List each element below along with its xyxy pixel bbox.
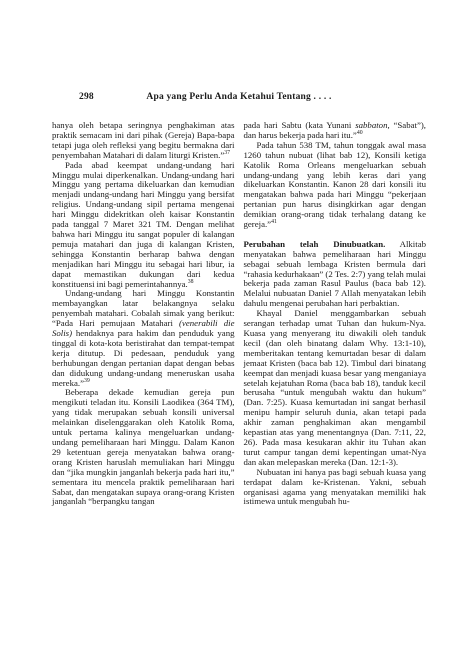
section-heading-text: Perubahan telah Dinubuatkan. bbox=[244, 239, 386, 249]
paragraph: hanya oleh betapa seringnya penghakiman … bbox=[52, 121, 235, 161]
book-page: 298 Apa yang Perlu Anda Ketahui Tentang … bbox=[0, 0, 460, 650]
footnote-marker: 41 bbox=[271, 219, 277, 225]
running-title: Apa yang Perlu Anda Ketahui Tentang . . … bbox=[52, 92, 426, 102]
body-text-segment: Pada tahun 538 TM, tahun tonggak awal ma… bbox=[244, 140, 427, 229]
body-text-segment: Beberapa dekade kemudian gereja pun meng… bbox=[52, 387, 235, 506]
text-column-left: hanya oleh betapa seringnya penghakiman … bbox=[52, 121, 235, 507]
footnote-marker: 39 bbox=[84, 378, 90, 384]
paragraph: Pada tahun 538 TM, tahun tonggak awal ma… bbox=[244, 141, 427, 230]
body-text-segment: hanya oleh betapa seringnya penghakiman … bbox=[52, 120, 235, 160]
footnote-marker: 40 bbox=[357, 130, 363, 136]
body-text-segment: Khayal Daniel menggambarkan sebuah seran… bbox=[244, 308, 427, 467]
text-column-right: pada hari Sabtu (kata Yunani sabbaton, “… bbox=[244, 121, 427, 507]
body-text-segment: Alkitab menyatakan bahwa pemeliharaan ha… bbox=[244, 239, 427, 308]
page-body: hanya oleh betapa seringnya penghakiman … bbox=[52, 121, 426, 507]
body-text-segment: hendaknya para hakim dan penduduk yang t… bbox=[52, 328, 235, 388]
paragraph: Pada abad keempat undang-undang hari Min… bbox=[52, 161, 235, 290]
page-header: 298 Apa yang Perlu Anda Ketahui Tentang … bbox=[52, 92, 426, 105]
body-text-segment: Pada abad keempat undang-undang hari Min… bbox=[52, 160, 235, 289]
paragraph: Beberapa dekade kemudian gereja pun meng… bbox=[52, 388, 235, 507]
paragraph: Nubuatan ini hanya pas bagi sebuah kuasa… bbox=[244, 468, 427, 508]
body-text-segment: pada hari Sabtu (kata Yunani bbox=[244, 120, 356, 130]
page-number: 298 bbox=[79, 92, 94, 102]
body-text-segment: Nubuatan ini hanya pas bagi sebuah kuasa… bbox=[244, 467, 427, 507]
paragraph: pada hari Sabtu (kata Yunani sabbaton, “… bbox=[244, 121, 427, 141]
paragraph: Khayal Daniel menggambarkan sebuah seran… bbox=[244, 309, 427, 468]
paragraph: Undang-undang hari Minggu Konstantin mem… bbox=[52, 289, 235, 388]
footnote-marker: 37 bbox=[224, 150, 230, 156]
body-text-segment: sabbaton bbox=[355, 120, 387, 130]
footnote-marker: 38 bbox=[188, 279, 194, 285]
paragraph: Perubahan telah Dinubuatkan. Alkitab men… bbox=[244, 240, 427, 309]
